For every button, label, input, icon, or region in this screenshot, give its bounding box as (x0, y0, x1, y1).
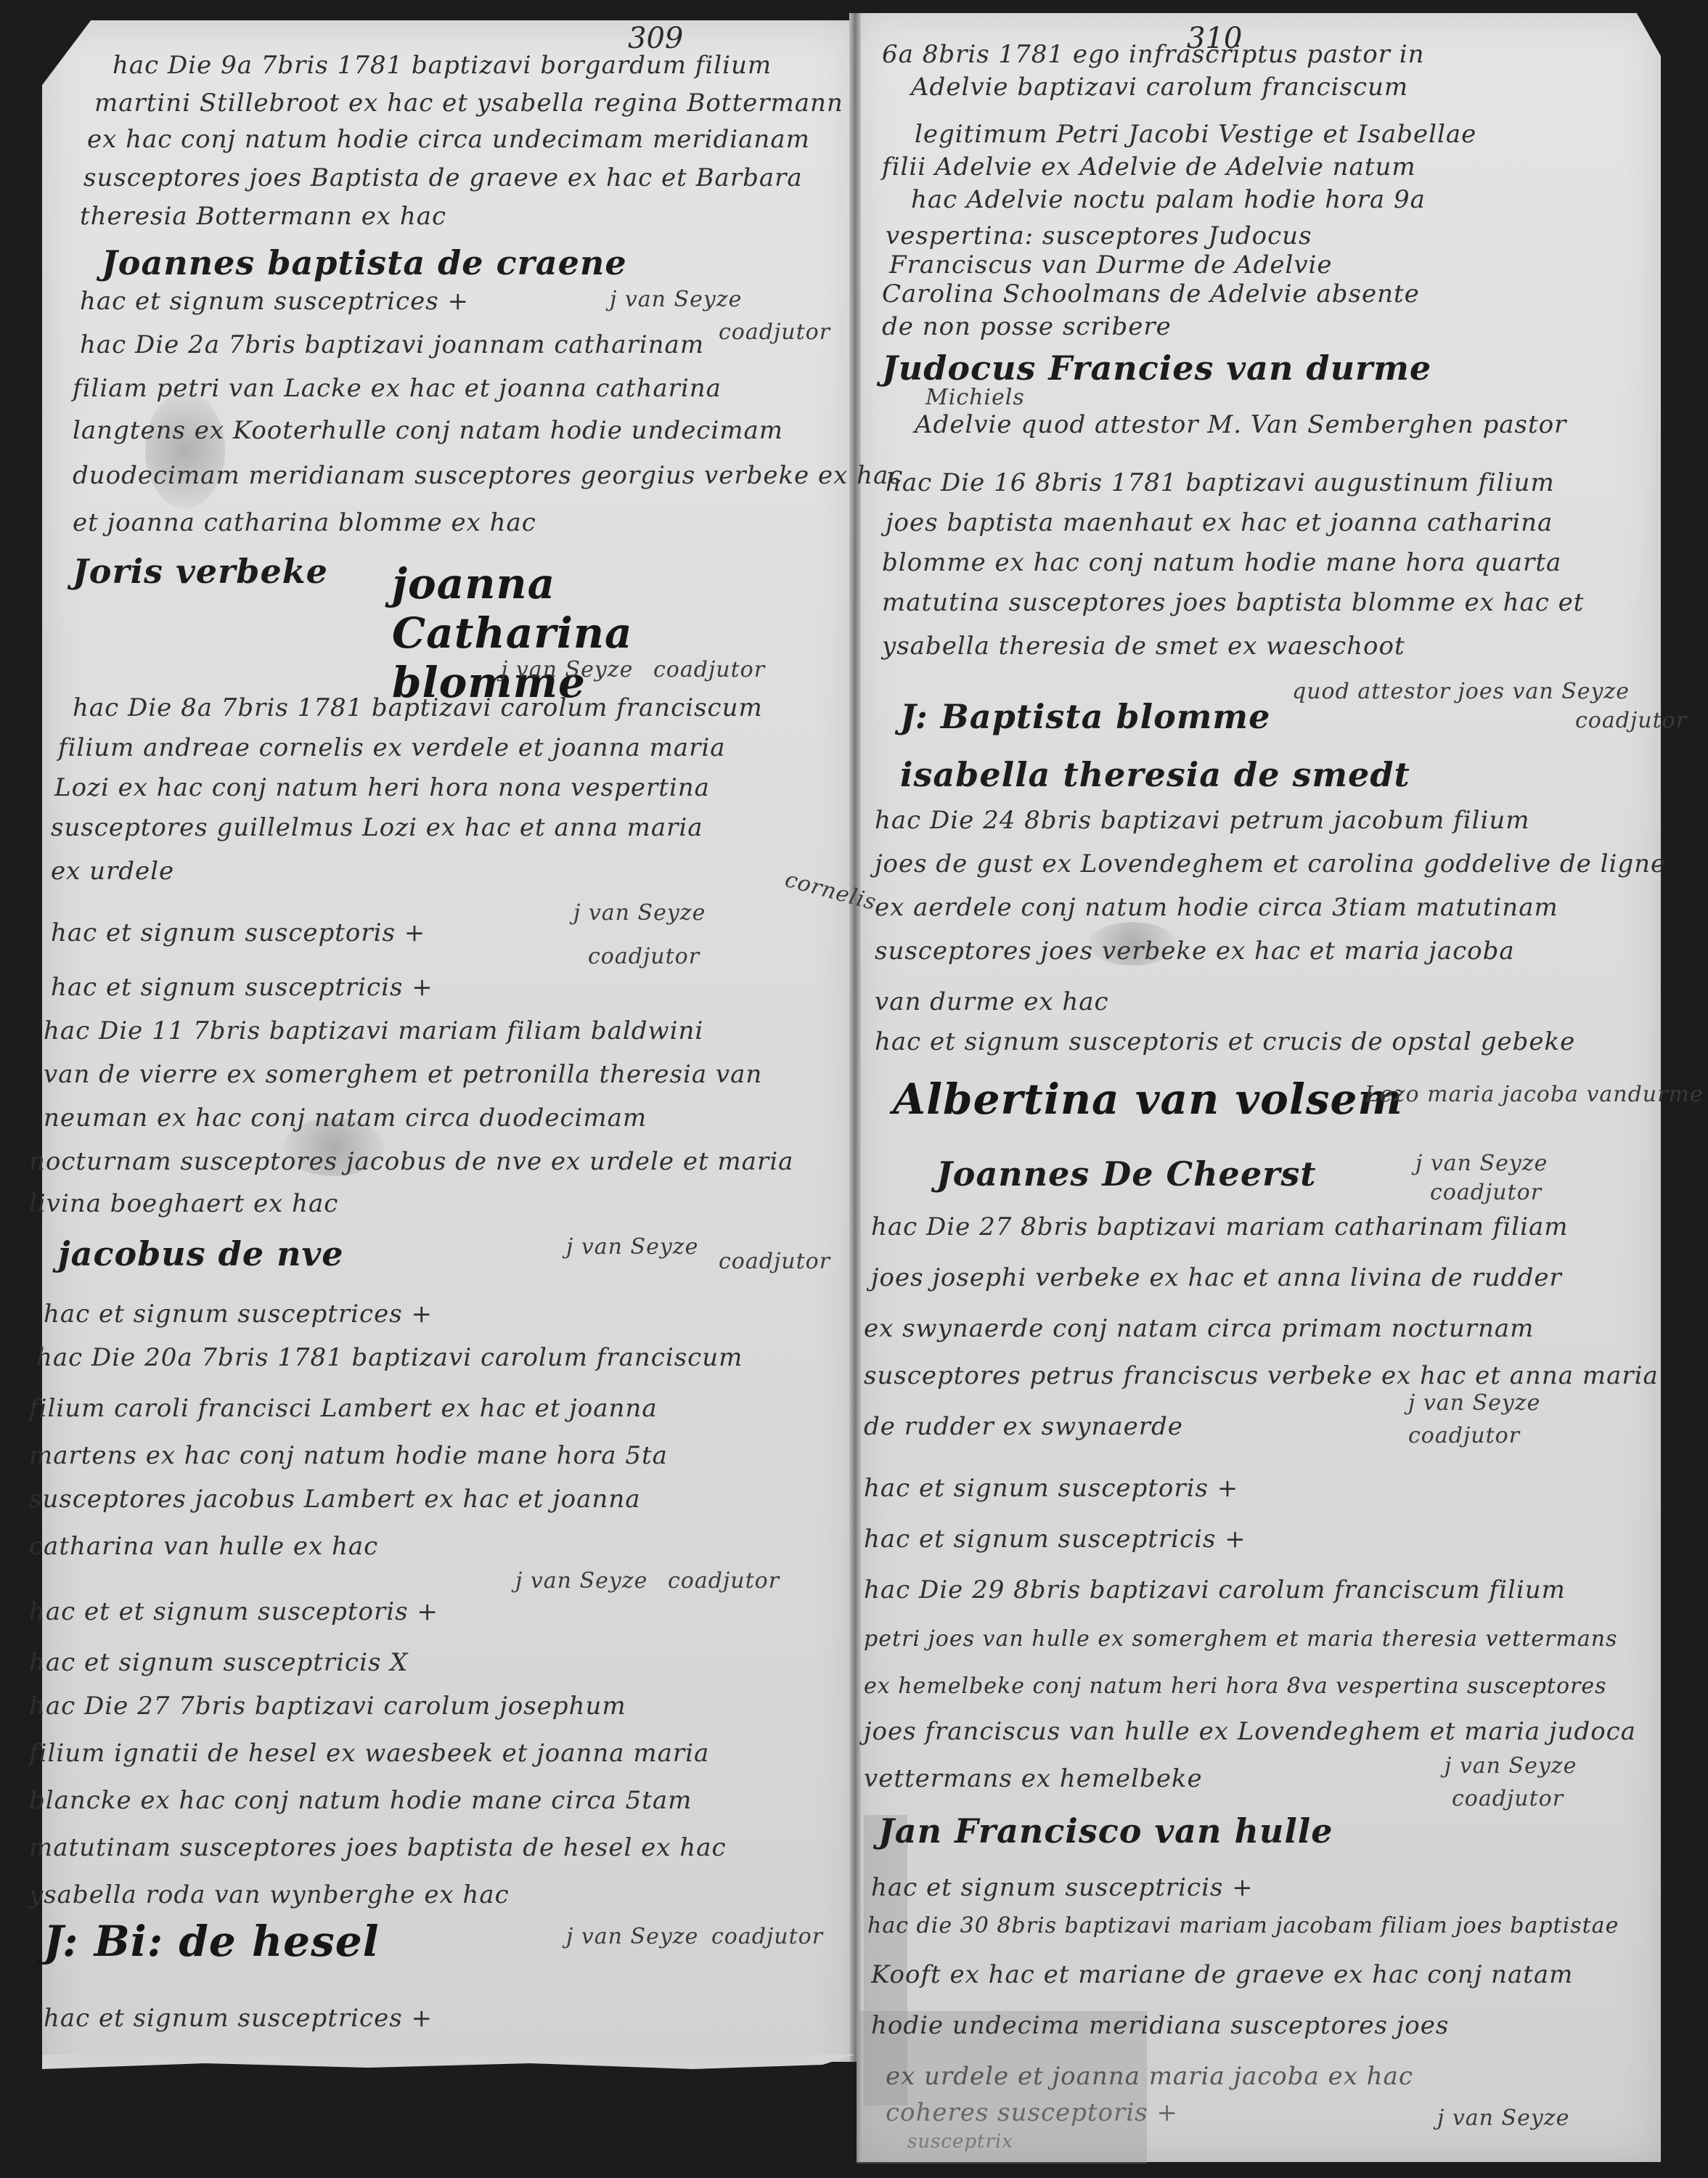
text-line: hac et signum susceptrices + (44, 2004, 433, 2033)
text-line: susceptrix (907, 2131, 1013, 2153)
text-line: hac Die 29 8bris baptizavi carolum franc… (864, 1575, 1566, 1604)
signature: j van Seyze (573, 900, 706, 926)
text-line: van durme ex hac (875, 987, 1109, 1016)
signature: j van Seyze (515, 1568, 647, 1594)
signature: j van Seyze (1415, 1151, 1548, 1176)
text-line: joes baptista maenhaut ex hac et joanna … (886, 508, 1553, 537)
text-line: Adelvie baptizavi carolum franciscum (911, 73, 1408, 102)
ink-stain (145, 392, 225, 508)
text-line: martens ex hac conj natum hodie mane hor… (29, 1441, 668, 1470)
text-line: hac Die 16 8bris 1781 baptizavi augustin… (886, 468, 1555, 497)
signature-role: coadjutor (1430, 1180, 1542, 1205)
signature: j van Seyze (501, 657, 633, 682)
text-line: joes franciscus van hulle ex Lovendeghem… (864, 1717, 1636, 1746)
text-line: vespertina: susceptores Judocus (886, 221, 1312, 250)
text-line: coheres susceptoris + (886, 2098, 1178, 2127)
text-line: ysabella roda van wynberghe ex hac (29, 1880, 510, 1909)
signature-name: Joannes De Cheerst (936, 1154, 1316, 1194)
signature-role: coadjutor (719, 319, 830, 345)
signature-role: coadjutor (711, 1924, 823, 1949)
text-line: Lozi ex hac conj natum heri hora nona ve… (54, 773, 710, 802)
text-line: filii Adelvie ex Adelvie de Adelvie natu… (882, 152, 1416, 181)
text-line: de rudder ex swynaerde (864, 1412, 1183, 1441)
text-line: filium ignatii de hesel ex waesbeek et j… (29, 1739, 709, 1768)
text-line: vettermans ex hemelbeke (864, 1764, 1203, 1793)
text-line: hac et signum susceptoris + (864, 1474, 1238, 1503)
text-line: Adelvie quod attestor M. Van Semberghen … (915, 410, 1566, 439)
text-line: ex hac conj natum hodie circa undecimam … (87, 125, 810, 154)
signature-role: coadjutor (1452, 1786, 1564, 1811)
signature: j van Seyze (566, 1924, 698, 1949)
text-line: matutina susceptores joes baptista blomm… (882, 588, 1584, 617)
signature-name: Judocus Francies van durme (882, 348, 1431, 388)
text-line: susceptores joes verbeke ex hac et maria… (875, 937, 1515, 966)
text-line: de non posse scribere (882, 312, 1172, 341)
text-line: hac et et signum susceptoris + (29, 1597, 438, 1626)
text-line: nocturnam susceptores jacobus de nve ex … (29, 1147, 793, 1176)
signature-role: coadjutor (719, 1249, 830, 1274)
signature-name: Albertina van volsem (893, 1074, 1403, 1124)
signature-role: coadjutor (588, 944, 700, 969)
text-line: petri joes van hulle ex somerghem et mar… (864, 1626, 1617, 1652)
text-line: van de vierre ex somerghem et petronilla… (44, 1060, 762, 1089)
text-line: livina boeghaert ex hac (29, 1189, 338, 1218)
signature-name: Lezo maria jacoba vandurme (1365, 1082, 1704, 1107)
text-line: hac et signum susceptrices + (80, 287, 469, 316)
text-line: hac et signum susceptrices + (44, 1300, 433, 1329)
text-line: ex swynaerde conj natam circa primam noc… (864, 1314, 1534, 1343)
text-line: legitimum Petri Jacobi Vestige et Isabel… (915, 120, 1476, 149)
signature: quod attestor joes van Seyze (1292, 679, 1630, 704)
text-line: hac Die 9a 7bris 1781 baptizavi borgardu… (113, 51, 772, 80)
text-line: hodie undecima meridiana susceptores joe… (871, 2011, 1449, 2040)
signature-name: Jan Francisco van hulle (878, 1811, 1333, 1851)
text-line: ysabella theresia de smet ex waeschoot (882, 632, 1405, 661)
text-line: hac Die 8a 7bris 1781 baptizavi carolum … (73, 693, 763, 722)
text-line: hac Die 11 7bris baptizavi mariam filiam… (44, 1016, 703, 1045)
signature-name: jacobus de nve (58, 1234, 344, 1273)
text-line: martini Stillebroot ex hac et ysabella r… (94, 89, 843, 118)
text-line: hac Die 20a 7bris 1781 baptizavi carolum… (36, 1343, 743, 1372)
text-line: susceptores joes Baptista de graeve ex h… (83, 163, 803, 192)
background-below-left-page (0, 2062, 857, 2178)
text-line: matutinam susceptores joes baptista de h… (29, 1833, 727, 1862)
text-line: susceptores jacobus Lambert ex hac et jo… (29, 1485, 641, 1514)
text-line: Carolina Schoolmans de Adelvie absente (882, 280, 1420, 309)
text-line: ex hemelbeke conj natum heri hora 8va ve… (864, 1673, 1607, 1699)
text-line: filiam petri van Lacke ex hac et joanna … (73, 374, 722, 403)
signature: j van Seyze (566, 1234, 698, 1260)
signature: j van Seyze (610, 287, 742, 312)
text-line: 6a 8bris 1781 ego infrascriptus pastor i… (882, 40, 1425, 69)
signature-role: coadjutor (668, 1568, 780, 1594)
text-line: hac et signum susceptricis X (29, 1648, 408, 1677)
signature-name: Joris verbeke (73, 552, 328, 591)
text-line: hac Adelvie noctu palam hodie hora 9a (911, 185, 1426, 214)
book-gutter (849, 13, 861, 2162)
text-line: ex urdele et joanna maria jacoba ex hac (886, 2062, 1413, 2091)
signature-role: coadjutor (1408, 1423, 1520, 1448)
text-line: hac die 30 8bris baptizavi mariam jacoba… (867, 1913, 1619, 1938)
text-line: theresia Bottermann ex hac (80, 202, 446, 231)
signature-name: isabella theresia de smedt (900, 755, 1410, 794)
signature-name: Joannes baptista de craene (102, 243, 627, 282)
text-line: duodecimam meridianam susceptores georgi… (73, 461, 903, 490)
signature: j van Seyze (1437, 2105, 1569, 2131)
signature: j van Seyze (1408, 1390, 1540, 1416)
text-line: et joanna catharina blomme ex hac (73, 508, 536, 537)
text-line: langtens ex Kooterhulle conj natam hodie… (73, 416, 783, 445)
signature-name: Michiels (925, 385, 1025, 410)
text-line: joes josephi verbeke ex hac et anna livi… (871, 1263, 1562, 1292)
text-line: Kooft ex hac et mariane de graeve ex hac… (871, 1960, 1573, 1989)
text-line: filium caroli francisci Lambert ex hac e… (29, 1394, 658, 1423)
text-line: hac Die 27 8bris baptizavi mariam cathar… (871, 1212, 1569, 1241)
text-line: hac et signum susceptoris et crucis de o… (875, 1027, 1575, 1056)
signature-name: joanna Catharina blomme (392, 559, 769, 707)
signature-name: J: Baptista blomme (900, 697, 1270, 736)
text-line: blancke ex hac conj natum hodie mane cir… (29, 1786, 692, 1815)
text-line: hac et signum susceptoris + (51, 918, 425, 947)
text-line: hac et signum susceptricis + (51, 973, 433, 1002)
signature-role: coadjutor (653, 657, 765, 682)
text-line: hac et signum susceptricis + (864, 1525, 1246, 1554)
text-line: hac Die 24 8bris baptizavi petrum jacobu… (875, 806, 1529, 835)
text-line: hac Die 27 7bris baptizavi carolum josep… (29, 1692, 626, 1721)
signature: j van Seyze (1445, 1753, 1577, 1779)
text-line: susceptores guillelmus Lozi ex hac et an… (51, 813, 703, 842)
signature-role: coadjutor (1575, 708, 1687, 733)
text-line: Franciscus van Durme de Adelvie (889, 250, 1333, 280)
text-line: neuman ex hac conj natam circa duodecima… (44, 1104, 647, 1133)
text-line: hac Die 2a 7bris baptizavi joannam catha… (80, 330, 704, 359)
text-line: catharina van hulle ex hac (29, 1532, 378, 1561)
text-line: blomme ex hac conj natum hodie mane hora… (882, 548, 1561, 577)
text-line: ex urdele (51, 857, 174, 886)
text-line: hac et signum susceptricis + (871, 1873, 1254, 1902)
text-line: filium andreae cornelis ex verdele et jo… (58, 733, 725, 762)
text-line: ex aerdele conj natum hodie circa 3tiam … (875, 893, 1558, 922)
text-line: joes de gust ex Lovendeghem et carolina … (875, 849, 1666, 878)
signature-name: J: Bi: de hesel (44, 1917, 380, 1966)
text-line: susceptores petrus franciscus verbeke ex… (864, 1361, 1659, 1390)
